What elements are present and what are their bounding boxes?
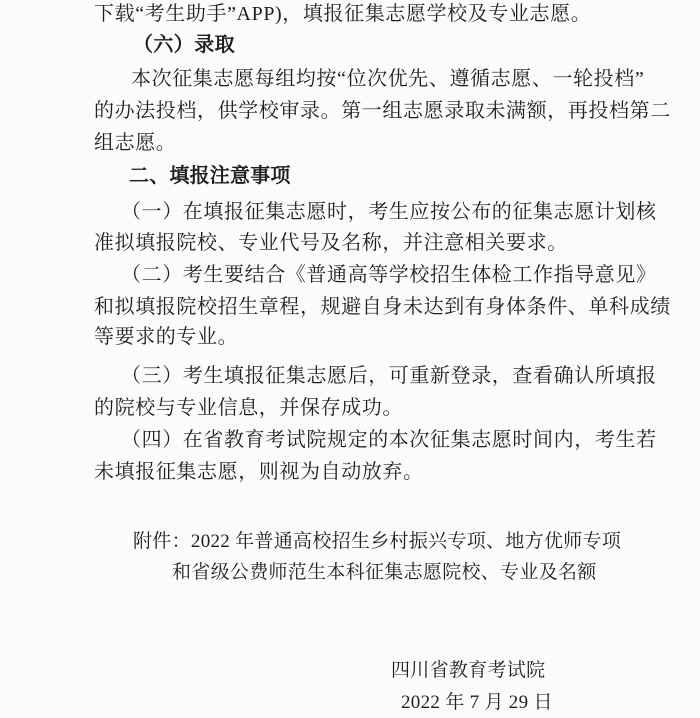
document-page: 下载“考生助手”APP)，填报征集志愿学校及专业志愿。 （六）录取 本次征集志愿…: [0, 0, 700, 718]
admission-paragraph-line: 本次征集志愿每组均按“位次优先、遵循志愿、一轮投档”: [131, 67, 644, 91]
admission-paragraph-line: 的办法投档，供学校审录。第一组志愿录取未满额，再投档第二: [94, 99, 671, 123]
notes-item2-line: （二）考生要结合《普通高等学校招生体检工作指导意见》: [121, 263, 657, 287]
notes-item3-line: 的院校与专业信息，并保存成功。: [94, 396, 403, 420]
issue-date: 2022 年 7 月 29 日: [401, 691, 553, 715]
notes-item2-line: 等要求的专业。: [94, 325, 238, 349]
intro-continuation-line: 下载“考生助手”APP)，填报征集志愿学校及专业志愿。: [94, 2, 591, 26]
attachment-line: 附件：2022 年普通高校招生乡村振兴专项、地方优师专项: [133, 530, 621, 554]
section-heading-admission: （六）录取: [133, 33, 235, 57]
notes-item4-line: 未填报征集志愿，则视为自动放弃。: [94, 460, 424, 484]
notes-item3-line: （三）考生填报征集志愿后，可重新登录，查看确认所填报: [121, 364, 657, 388]
notes-item2-line: 和拟填报院校招生章程，规避自身未达到有身体条件、单科成绩: [94, 295, 671, 319]
section-heading-notes: 二、填报注意事项: [129, 164, 291, 188]
notes-item1-line: （一）在填报征集志愿时，考生应按公布的征集志愿计划核: [121, 200, 657, 224]
notes-item1-line: 准拟填报院校、专业代号及名称，并注意相关要求。: [94, 231, 568, 255]
issuer-signature: 四川省教育考试院: [391, 659, 545, 683]
admission-paragraph-line: 组志愿。: [94, 131, 176, 155]
attachment-line: 和省级公费师范生本科征集志愿院校、专业及名额: [172, 561, 597, 585]
notes-item4-line: （四）在省教育考试院规定的本次征集志愿时间内，考生若: [121, 428, 657, 452]
